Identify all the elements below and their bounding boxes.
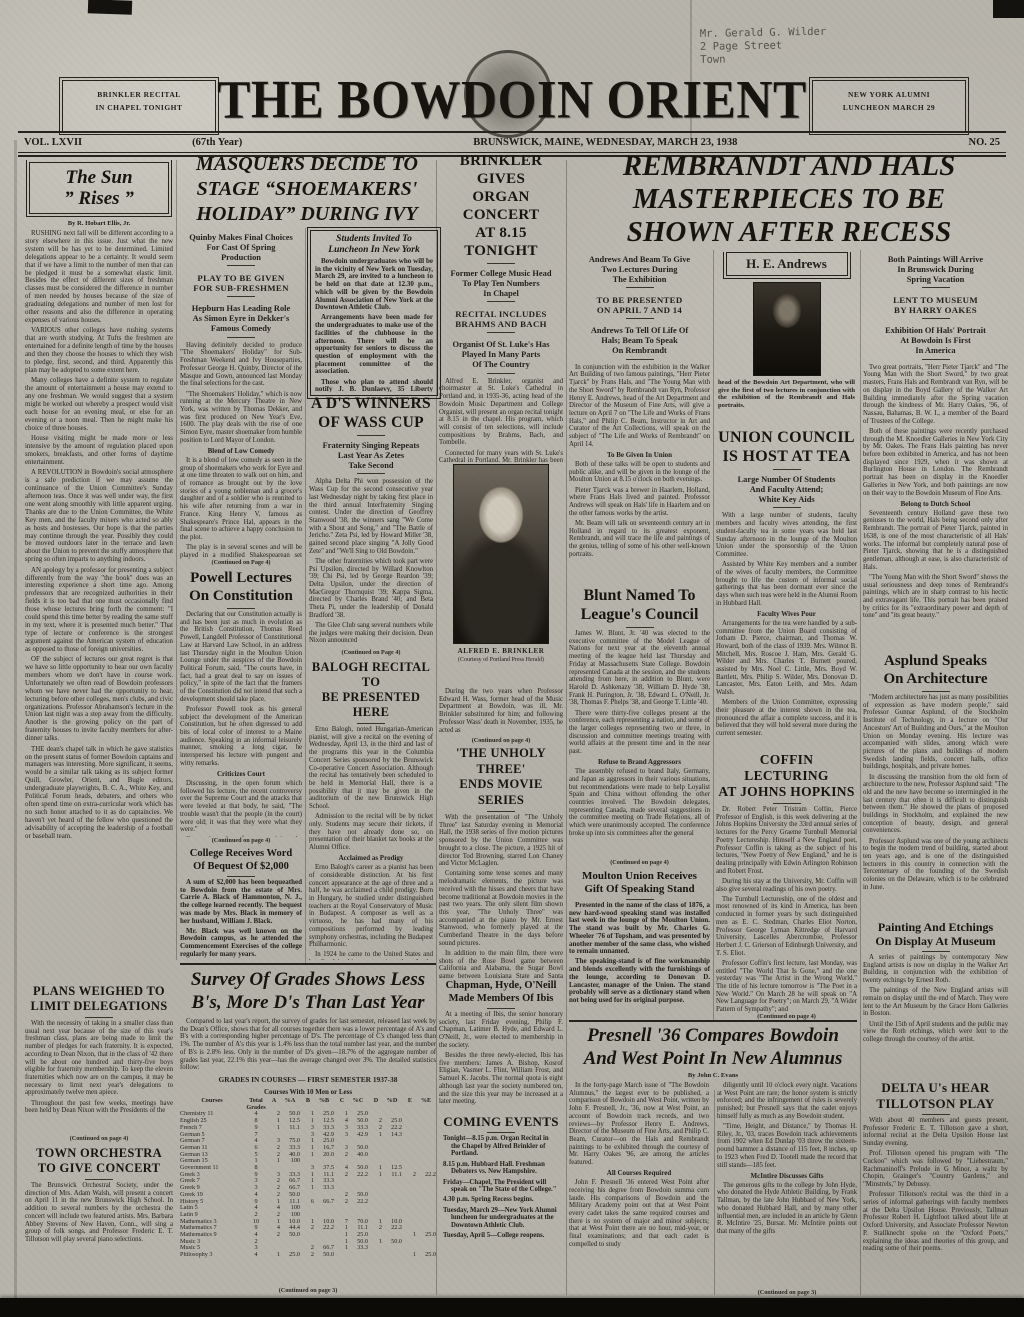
brinkler-photo-block: ALFRED E. BRINKLER (Courtesy of Portland…	[439, 464, 563, 686]
table-row: Latin 544100	[180, 1205, 436, 1212]
table-cell: 50.0	[382, 1239, 404, 1246]
table-cell: 1	[302, 1172, 314, 1179]
table-cell: 1	[404, 1252, 416, 1259]
table-cell	[404, 1125, 416, 1132]
masquers-body: Having definitely decided to produce "Th…	[180, 342, 302, 559]
article-plans-delegations: PLANS WEIGHED TO LIMIT DELEGATIONS With …	[25, 984, 173, 1142]
paragraph: A series of paintings by contemporary Ne…	[863, 954, 1008, 985]
survey-table-subtitle: Courses With 10 Men or Less	[180, 1088, 436, 1096]
paragraph: A REVOLUTION in Bowdoin's social atmosph…	[25, 469, 173, 564]
table-cell: 2	[268, 1178, 280, 1185]
table-cell	[314, 1158, 336, 1165]
section-rule	[180, 963, 436, 965]
column-rule	[566, 160, 567, 1295]
rem-right-body: Two great portraits, "Herr Pieter Tjarck…	[863, 364, 1008, 650]
table-cell: 10	[244, 1219, 268, 1226]
luncheon-title: Students Invited To Luncheon In New York	[315, 234, 433, 256]
table-cell: 3	[302, 1132, 314, 1139]
paragraph: In 1924 he came to the United States and…	[309, 951, 433, 960]
survey-table-title: GRADES IN COURSES — FIRST SEMESTER 1937-…	[180, 1076, 436, 1084]
paragraph: The Glee Club sang several numbers while…	[309, 622, 433, 645]
table-cell: 50.0	[348, 1239, 370, 1246]
table-cell: 50.0	[348, 1145, 370, 1152]
table-cell: 1	[302, 1138, 314, 1145]
table-cell: 7	[244, 1132, 268, 1139]
brinkler-portrait-photo	[453, 464, 549, 644]
paragraph: Both of these talks will be open to stud…	[569, 461, 710, 484]
table-cell	[314, 1232, 336, 1239]
table-cell	[370, 1111, 382, 1118]
paragraph: Seventeenth century Holland gave these t…	[863, 510, 1008, 572]
unholy-body: With the presentation of "The Unholy Thr…	[439, 814, 563, 978]
continued-line: (Continued on page 4)	[569, 859, 710, 866]
article-paintings-etchings: Painting And Etchings On Display At Muse…	[863, 920, 1008, 1076]
paragraph: With a large number of students, faculty…	[716, 512, 857, 558]
table-cell: 1	[336, 1239, 348, 1246]
article-town-orchestra: TOWN ORCHESTRA TO GIVE CONCERT The Bruns…	[25, 1146, 173, 1294]
table-cell: 25.0	[416, 1232, 436, 1239]
andrews-portrait-photo	[753, 282, 821, 376]
paragraph: Assisted by White Key members and a numb…	[716, 561, 857, 607]
bequest-body: A sum of $2,000 has been bequeathed to B…	[180, 879, 302, 962]
brinkler-subdeck: Organist Of St. Luke's Has Played In Man…	[439, 340, 563, 375]
table-row: English 258112.5112.5450.0225.0	[180, 1118, 436, 1125]
table-cell	[404, 1178, 416, 1185]
table-cell	[404, 1219, 416, 1226]
table-cell	[382, 1145, 404, 1152]
table-cell: 1	[370, 1165, 382, 1172]
table-cell	[370, 1212, 382, 1219]
rem-right-body-2: Seventeenth century Holland gave these t…	[863, 510, 1008, 620]
article-asplund: Asplund Speaks On Architecture "Modern a…	[863, 652, 1008, 916]
table-cell: 9	[244, 1225, 268, 1232]
table-cell	[370, 1158, 382, 1165]
table-cell: 3	[302, 1125, 314, 1132]
table-cell: 2	[268, 1145, 280, 1152]
table-cell	[314, 1239, 336, 1246]
table-cell: 4	[244, 1111, 268, 1118]
survey-headline: Survey Of Grades Shows Less B's, More D'…	[180, 968, 436, 1014]
balogh-body: Erno Balogh, noted Hungarian-American pi…	[309, 726, 433, 960]
table-row: Mathematics 310110.0110.0770.0110.0	[180, 1219, 436, 1226]
table-cell: 2	[370, 1118, 382, 1125]
table-cell: 2	[268, 1111, 280, 1118]
paragraph: Both of these paintings were recently pu…	[863, 428, 1008, 497]
paragraph: Many colleges have a definite system to …	[25, 377, 173, 432]
table-cell	[302, 1158, 314, 1165]
table-cell	[302, 1232, 314, 1239]
table-cell: 2	[336, 1152, 348, 1159]
brinkler-deck: Former College Music Head To Play Ten Nu…	[439, 269, 563, 304]
continued-line: (Continued on Page 4)	[180, 559, 302, 566]
table-cell: 1	[404, 1232, 416, 1239]
table-row: Latin 922100	[180, 1212, 436, 1219]
paragraph: The Brunswick Orchestral Society, under …	[25, 1182, 173, 1244]
section-rule	[569, 1020, 857, 1022]
delta-u-body: With about 40 members and guests present…	[863, 1117, 1008, 1294]
table-cell: Chemistry 11	[180, 1111, 244, 1118]
table-cell	[416, 1125, 436, 1132]
column-rule	[305, 228, 306, 963]
survey-intro: Compared to last year's report, the surv…	[180, 1018, 436, 1072]
continued-line: (Continued on page 3)	[717, 1289, 857, 1296]
table-cell: 22.2	[348, 1172, 370, 1179]
table-cell: 1	[302, 1152, 314, 1159]
table-cell	[370, 1245, 382, 1252]
handwritten-address: Mr. Gerald G. Wilder 2 Page Street Town	[700, 24, 921, 67]
presnell-col-2: diligently until 10 o'clock every night.…	[717, 1082, 857, 1296]
table-cell: 100	[280, 1158, 302, 1165]
masquers-kicker: PLAY TO BE GIVEN FOR SUB-FRESHMEN	[180, 273, 302, 299]
table-row: German 116233.3116.7350.0	[180, 1145, 436, 1152]
table-cell: 2	[244, 1212, 268, 1219]
table-cell: 22.2	[314, 1225, 336, 1232]
balogh-body-2: Erno Balogh's career as a pianist has be…	[309, 864, 433, 960]
table-cell	[314, 1212, 336, 1219]
asplund-body: "Modern architecture has just as many po…	[863, 694, 1008, 916]
table-cell	[370, 1232, 382, 1239]
article-balogh: BALOGH RECITAL TO BE PRESENTED HERE Erno…	[309, 660, 433, 960]
table-cell: 4	[268, 1225, 280, 1232]
table-cell	[382, 1232, 404, 1239]
grades-table: CoursesTotal GradesA%AB%BC%CD%DE%EChemis…	[180, 1098, 436, 1287]
rem-left-deck: Andrews And Beam To Give Two Lectures Du…	[569, 255, 710, 290]
paragraph: Two great portraits, "Herr Pieter Tjarck…	[863, 364, 1008, 426]
brinkler-headline: BRINKLER GIVES ORGAN CONCERT AT 8.15 TON…	[439, 152, 563, 266]
paragraph: Those who plan to attend should notify J…	[315, 379, 433, 392]
table-cell	[336, 1158, 348, 1165]
table-cell	[336, 1252, 348, 1259]
table-cell: Mathematics 7	[180, 1225, 244, 1232]
table-row: Greek 194250.0250.0	[180, 1192, 436, 1199]
table-cell	[336, 1178, 348, 1185]
table-cell	[268, 1245, 280, 1252]
rem-right-kicker: LENT TO MUSEUM BY HARRY OAKES	[863, 295, 1008, 321]
andrews-photo-block: H. E. Andrews head of the Bowdoin Art De…	[716, 252, 857, 426]
article-moulton-gift: Moulton Union Receives Gift Of Speaking …	[569, 870, 710, 1020]
dateline: BRUNSWICK, MAINE, WEDNESDAY, MARCH 23, 1…	[242, 137, 968, 148]
paragraph: The other fraternities which took part w…	[309, 558, 433, 620]
table-cell: 1	[336, 1232, 348, 1239]
table-cell: 1	[302, 1219, 314, 1226]
table-cell	[404, 1132, 416, 1139]
article-bequest: College Receives Word Of Bequest Of $2,0…	[180, 848, 302, 962]
masquers-subdeck: Hepburn Has Leading Role As Simon Eyre i…	[180, 304, 302, 339]
paragraph: Throughout the past few weeks, meetings …	[25, 1100, 173, 1115]
paragraph: A sum of $2,000 has been bequeathed to B…	[180, 879, 302, 925]
table-cell	[370, 1138, 382, 1145]
paragraph: James W. Blunt, Jr. '40 was elected to t…	[569, 630, 710, 707]
table-cell	[404, 1152, 416, 1159]
table-cell: A	[268, 1098, 280, 1111]
table-cell: Greek 7	[180, 1178, 244, 1185]
table-cell: 3	[244, 1185, 268, 1192]
table-cell	[382, 1111, 404, 1118]
rem-left-body: In conjunction with the exhibition in th…	[569, 364, 710, 584]
event-item: Tuesday, March 29—New York Alumni lunche…	[443, 1207, 559, 1230]
ibis-body: At a meeting of Ibis, the senior honorar…	[439, 1011, 563, 1110]
masquers-headline: MASQUERS DECIDE TO STAGE “SHOEMAKERS' HO…	[178, 152, 436, 227]
blunt-headline: Blunt Named To League's Council	[569, 586, 710, 630]
table-cell: 1	[268, 1158, 280, 1165]
wass-headline: A D'S WINNERS OF WASS CUP	[309, 394, 433, 438]
table-cell: 11.1	[314, 1172, 336, 1179]
masthead-dateline-row: VOL. LXVII (67th Year) BRUNSWICK, MAINE,…	[18, 134, 1006, 150]
table-cell	[404, 1205, 416, 1212]
paragraph: OF the subject of lectures our great reg…	[25, 656, 173, 743]
paragraph: Erno Balogh's career as a pianist has be…	[309, 864, 433, 949]
balogh-crosshead: Acclaimed as Prodigy	[309, 854, 433, 862]
table-cell: 1	[302, 1111, 314, 1118]
union-tea-body-1: With a large number of students, faculty…	[716, 512, 857, 607]
luncheon-box: Students Invited To Luncheon In New York…	[310, 230, 438, 396]
paragraph: VARIOUS other colleges have rushing syst…	[25, 327, 173, 374]
table-cell: 1	[336, 1225, 348, 1232]
table-row: French 79111.1333.3333.3222.2	[180, 1125, 436, 1132]
table-cell: Mathematics 9	[180, 1232, 244, 1239]
paragraph: Arrangements for the tea were handled by…	[716, 620, 857, 697]
coffin-body: Dr. Robert Peter Tristram Coffin, Pierce…	[716, 806, 857, 1013]
table-cell: 1	[370, 1239, 382, 1246]
table-cell	[370, 1199, 382, 1206]
table-cell: German 7	[180, 1138, 244, 1145]
table-cell	[404, 1165, 416, 1172]
table-cell	[382, 1212, 404, 1219]
table-cell: 2	[336, 1199, 348, 1206]
paragraph: Alpha Delta Phi won possession of the Wa…	[309, 478, 433, 555]
year-note: (67th Year)	[192, 137, 242, 148]
table-cell	[382, 1252, 404, 1259]
union-tea-crosshead: Faculty Wives Pour	[716, 610, 857, 618]
table-row: German 74375.0125.0	[180, 1138, 436, 1145]
table-cell: 10.0	[314, 1219, 336, 1226]
table-cell: 25.0	[314, 1138, 336, 1145]
moulton-headline: Moulton Union Receives Gift Of Speaking …	[569, 870, 710, 902]
table-cell: 6	[302, 1199, 314, 1206]
plans-body: With the necessity of taking in a smalle…	[25, 1020, 173, 1135]
table-cell	[416, 1138, 436, 1145]
union-tea-deck: Large Number Of Students And Faculty Att…	[716, 475, 857, 510]
table-cell: 25.0	[348, 1111, 370, 1118]
table-cell: 33.3	[348, 1245, 370, 1252]
table-cell: Latin 9	[180, 1212, 244, 1219]
blunt-body-2: The assembly refused to brand Italy, Ger…	[569, 768, 710, 837]
event-item: Tonight—8.15 p.m. Organ Recital in the C…	[443, 1135, 559, 1158]
table-row: CoursesTotal GradesA%AB%BC%CD%DE%E	[180, 1098, 436, 1111]
continued-line: (Continued on page 4)	[439, 737, 563, 744]
table-cell	[404, 1138, 416, 1145]
table-cell	[370, 1152, 382, 1159]
rem-right-crosshead: Belong to Dutch School	[863, 500, 1008, 508]
scan-blotch	[993, 0, 1024, 18]
column-rule	[860, 250, 861, 1295]
table-cell: 4	[244, 1252, 268, 1259]
table-cell	[382, 1199, 404, 1206]
table-cell: 1	[370, 1132, 382, 1139]
table-cell: 1	[268, 1125, 280, 1132]
paragraph: Presented in the name of the class of 18…	[569, 902, 710, 956]
coming-events-list: Tonight—8.15 p.m. Organ Recital in the C…	[439, 1135, 563, 1294]
paragraph: "Time, Height, and Distance," by Thomas …	[717, 1123, 857, 1169]
article-presnell: Presnell '36 Compares Bowdoin And West P…	[569, 1024, 857, 1296]
table-cell: 8	[244, 1165, 268, 1172]
continued-line: (Continued on page 4)	[716, 1013, 857, 1020]
table-cell	[416, 1199, 436, 1206]
balogh-headline: BALOGH RECITAL TO BE PRESENTED HERE	[309, 660, 433, 726]
table-cell	[268, 1165, 280, 1172]
paragraph: Mr. Black was well known on the Bowdoin …	[180, 928, 302, 959]
table-cell: 11.1	[382, 1172, 404, 1179]
brinkler-kicker: RECITAL INCLUDES BRAHMS AND BACH	[439, 309, 563, 335]
orchestra-headline: TOWN ORCHESTRA TO GIVE CONCERT	[25, 1146, 173, 1182]
paragraph: The generous gifts to the college by Joh…	[717, 1182, 857, 1236]
table-cell	[280, 1165, 302, 1172]
table-cell	[280, 1245, 302, 1252]
paragraph: Professor Tillotson's recital was the th…	[863, 1191, 1008, 1253]
table-cell: Courses	[180, 1098, 244, 1111]
unholy-headline: 'THE UNHOLY THREE' ENDS MOVIE SERIES	[439, 746, 563, 814]
sun-rises-body: RUSHING next fall will be different acco…	[25, 230, 173, 980]
table-row: Greek 39333.3111.1222.2111.1222.2	[180, 1172, 436, 1179]
orchestra-body: The Brunswick Orchestral Society, under …	[25, 1182, 173, 1294]
article-unholy-three: 'THE UNHOLY THREE' ENDS MOVIE SERIES Wit…	[439, 746, 563, 978]
paragraph: During the two years when Professor Edwa…	[439, 688, 563, 734]
table-cell: 1	[302, 1185, 314, 1192]
table-cell	[404, 1199, 416, 1206]
sun-rises-title: The Sun ” Rises ”	[29, 162, 169, 214]
brinkler-body: Alfred E. Brinkler, organist and choirma…	[439, 378, 563, 462]
volume-label: VOL. LXVII	[24, 137, 82, 148]
table-cell: 20.0	[314, 1152, 336, 1159]
table-cell: 3	[268, 1172, 280, 1179]
column-rule	[713, 250, 714, 1020]
table-cell: 3	[268, 1138, 280, 1145]
table-cell	[404, 1145, 416, 1152]
table-cell: 2	[404, 1172, 416, 1179]
table-cell: 1	[268, 1199, 280, 1206]
table-cell	[314, 1205, 336, 1212]
blunt-body: James W. Blunt, Jr. '40 was elected to t…	[569, 630, 710, 859]
paragraph: RUSHING next fall will be different acco…	[25, 230, 173, 325]
table-cell	[416, 1178, 436, 1185]
event-item: Friday—Chapel, The President will speak …	[443, 1179, 559, 1194]
rem-left-body-2: Both of these talks will be open to stud…	[569, 461, 710, 558]
table-cell: 2	[268, 1152, 280, 1159]
table-cell: 2	[268, 1232, 280, 1239]
table-cell: German 15	[180, 1158, 244, 1165]
table-cell: 3	[244, 1245, 268, 1252]
table-cell: 66.7	[314, 1245, 336, 1252]
table-cell: Greek 9	[180, 1185, 244, 1192]
union-tea-headline: UNION COUNCIL IS HOST AT TEA	[716, 428, 857, 472]
table-cell: Mathematics 3	[180, 1219, 244, 1226]
paragraph: Until the 15th of April students and the…	[863, 1021, 1008, 1044]
article-coffin: COFFIN LECTURING AT JOHNS HOPKINS Dr. Ro…	[716, 752, 857, 1020]
table-cell: 33.3	[314, 1185, 336, 1192]
table-cell: 3	[244, 1178, 268, 1185]
newspaper-title: THE BOWDOIN ORIENT	[0, 68, 1024, 131]
table-cell: 66.7	[280, 1178, 302, 1185]
brinkler-photo-caption: ALFRED E. BRINKLER	[458, 647, 545, 655]
table-cell: 66.7	[314, 1199, 336, 1206]
event-item: Tuesday, April 5—College reopens.	[443, 1232, 559, 1240]
table-cell	[370, 1192, 382, 1199]
table-cell	[370, 1185, 382, 1192]
table-cell	[416, 1145, 436, 1152]
table-cell	[280, 1239, 302, 1246]
table-cell: 33.3	[280, 1145, 302, 1152]
table-cell	[382, 1205, 404, 1212]
table-cell: 40.0	[280, 1152, 302, 1159]
scan-streak	[14, 140, 17, 1300]
paragraph: Besides the three newly-elected, Ibis ha…	[439, 1052, 563, 1106]
balogh-body-1: Erno Balogh, noted Hungarian-American pi…	[309, 726, 433, 852]
wass-body: Alpha Delta Phi won possession of the Wa…	[309, 478, 433, 649]
table-cell: 33.3	[314, 1125, 336, 1132]
table-cell	[404, 1111, 416, 1118]
article-blunt: Blunt Named To League's Council James W.…	[569, 586, 710, 866]
article-rembrandt-lectures: Andrews And Beam To Give Two Lectures Du…	[569, 252, 710, 584]
table-cell: 3	[336, 1132, 348, 1139]
table-row: German 135240.0120.0240.0	[180, 1152, 436, 1159]
paragraph: Professor Coffin's first lecture, last M…	[716, 960, 857, 1013]
table-cell: 6	[244, 1145, 268, 1152]
table-cell	[416, 1205, 436, 1212]
blunt-crosshead: Refuse to Brand Aggressors	[569, 758, 710, 766]
table-cell	[336, 1205, 348, 1212]
table-cell: English 25	[180, 1118, 244, 1125]
asplund-headline: Asplund Speaks On Architecture	[863, 652, 1008, 694]
table-cell: Music 5	[180, 1245, 244, 1252]
paragraph: Bowdoin undergraduates who will be in th…	[315, 258, 433, 312]
issue-number: NO. 25	[969, 137, 1001, 148]
paragraph: With the necessity of taking in a smalle…	[25, 1020, 173, 1097]
paragraph: With about 40 members and guests present…	[863, 1117, 1008, 1148]
sun-rises-byline: By R. Hobart Ellis, Jr.	[25, 220, 173, 227]
paragraph: Discussing, in the open forum which foll…	[180, 780, 302, 834]
table-cell	[404, 1212, 416, 1219]
table-cell: B	[302, 1098, 314, 1111]
paragraph: "The Shoemakers' Holiday," which is now …	[180, 391, 302, 445]
table-cell: 50.0	[280, 1111, 302, 1118]
rem-left-body-1: In conjunction with the exhibition in th…	[569, 364, 710, 449]
paragraph: The play is in several scenes and will b…	[180, 544, 302, 559]
table-cell	[336, 1138, 348, 1145]
powell-body-1: Declaring that our Constitution actually…	[180, 611, 302, 768]
table-cell: 2	[370, 1225, 382, 1232]
table-cell: 50.0	[348, 1118, 370, 1125]
table-cell: 3	[336, 1145, 348, 1152]
table-cell	[302, 1239, 314, 1246]
bequest-headline: College Receives Word Of Bequest Of $2,0…	[180, 848, 302, 879]
table-cell	[416, 1132, 436, 1139]
ibis-headline: Chapman, Hyde, O'Neill Made Members Of I…	[439, 980, 563, 1011]
newspaper-page: Mr. Gerald G. Wilder 2 Page Street Town …	[0, 0, 1024, 1317]
paragraph: At a meeting of Ibis, the senior honorar…	[439, 1011, 563, 1050]
paragraph: In conjunction with the exhibition in th…	[569, 364, 710, 449]
paragraph: It is a blend of low comedy as seen in t…	[180, 457, 302, 542]
paragraph: In addition to the main film, there were…	[439, 950, 563, 978]
paragraph: Dr. Robert Peter Tristram Coffin, Pierce…	[716, 806, 857, 875]
paragraph: John F. Presnell '36 entered West Point …	[569, 1179, 709, 1248]
table-cell: 4	[244, 1192, 268, 1199]
brinkler-body-2: During the two years when Professor Edwa…	[439, 688, 563, 737]
masquers-body-2: It is a blend of low comedy as seen in t…	[180, 457, 302, 559]
table-cell: 33.3	[348, 1125, 370, 1132]
table-cell	[416, 1152, 436, 1159]
table-cell: C	[336, 1098, 348, 1111]
table-cell	[382, 1185, 404, 1192]
